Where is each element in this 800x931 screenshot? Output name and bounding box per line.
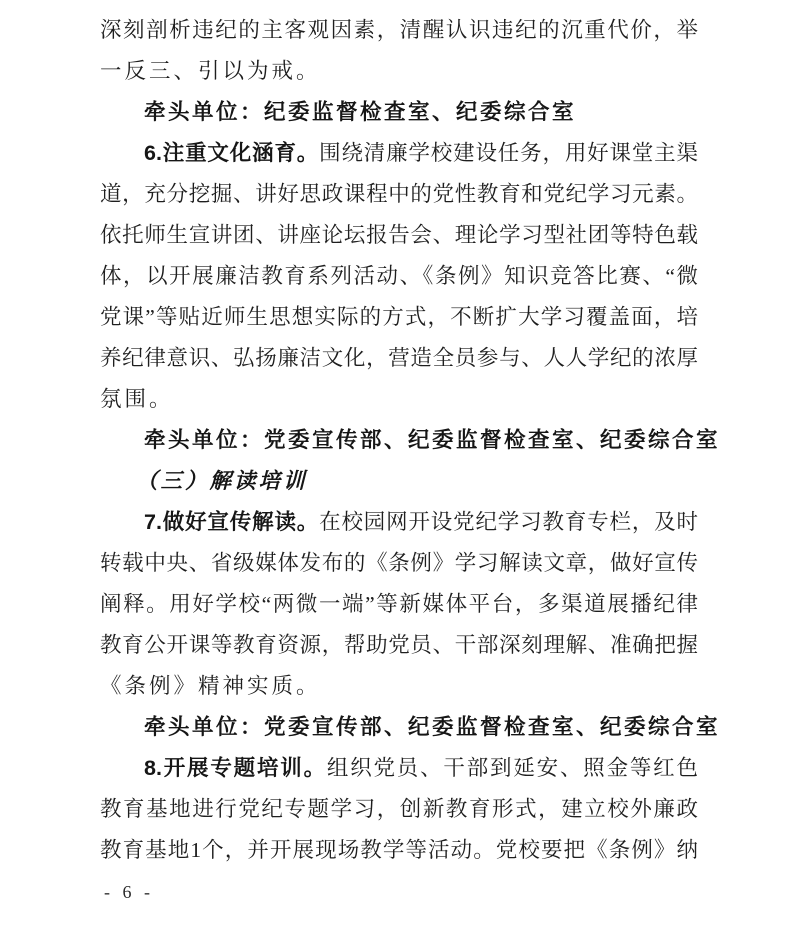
body-line: 6.注重文化涵育。围绕清廉学校建设任务，用好课堂主渠: [100, 133, 698, 174]
body-line: 教育公开课等教育资源，帮助党员、干部深刻理解、准确把握: [100, 625, 698, 666]
body-line: 8.开展专题培训。组织党员、干部到延安、照金等红色: [100, 748, 698, 789]
body-line: 深刻剖析违纪的主客观因素，清醒认识违纪的沉重代价，举: [100, 10, 698, 51]
body-line: 《条例》精神实质。: [100, 666, 698, 707]
body-line: 一反三、引以为戒。: [100, 51, 698, 92]
lead-unit-line: 牵头单位：纪委监督检查室、纪委综合室: [100, 92, 698, 133]
body-line: 7.做好宣传解读。在校园网开设党纪学习教育专栏，及时: [100, 502, 698, 543]
body-line: 道，充分挖掘、讲好思政课程中的党性教育和党纪学习元素。: [100, 174, 698, 215]
body-line: 教育基地进行党纪专题学习，创新教育形式，建立校外廉政: [100, 789, 698, 830]
paragraph-lead: 8.开展专题培训。: [144, 756, 327, 780]
body-line: 体，以开展廉洁教育系列活动、《条例》知识竞答比赛、“微: [100, 256, 698, 297]
body-line: 养纪律意识、弘扬廉洁文化，营造全员参与、人人学纪的浓厚: [100, 338, 698, 379]
document-page: 深刻剖析违纪的主客观因素，清醒认识违纪的沉重代价，举 一反三、引以为戒。 牵头单…: [0, 0, 800, 931]
lead-unit-line: 牵头单位：党委宣传部、纪委监督检查室、纪委综合室: [100, 420, 698, 461]
body-line: 教育基地1个，并开展现场教学等活动。党校要把《条例》纳: [100, 830, 698, 871]
body-line: 阐释。用好学校“两微一端”等新媒体平台，多渠道展播纪律: [100, 584, 698, 625]
paragraph-text: 围绕清廉学校建设任务，用好课堂主渠: [319, 141, 698, 165]
document-body: 深刻剖析违纪的主客观因素，清醒认识违纪的沉重代价，举 一反三、引以为戒。 牵头单…: [100, 10, 698, 871]
lead-unit-line: 牵头单位：党委宣传部、纪委监督检查室、纪委综合室: [100, 707, 698, 748]
body-line: 氛围。: [100, 379, 698, 420]
paragraph-text: 组织党员、干部到延安、照金等红色: [327, 756, 698, 780]
body-line: 依托师生宣讲团、讲座论坛报告会、理论学习型社团等特色载: [100, 215, 698, 256]
paragraph-lead: 6.注重文化涵育。: [144, 141, 319, 165]
page-number: - 6 -: [104, 882, 154, 903]
section-heading: （三）解读培训: [100, 461, 698, 502]
body-line: 转载中央、省级媒体发布的《条例》学习解读文章，做好宣传: [100, 543, 698, 584]
body-line: 党课”等贴近师生思想实际的方式，不断扩大学习覆盖面，培: [100, 297, 698, 338]
paragraph-text: 在校园网开设党纪学习教育专栏，及时: [319, 510, 698, 534]
paragraph-lead: 7.做好宣传解读。: [144, 510, 319, 534]
